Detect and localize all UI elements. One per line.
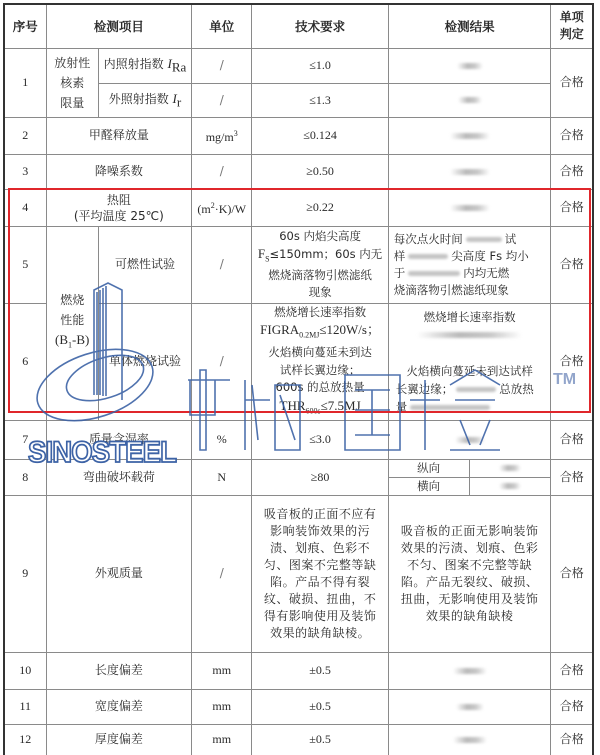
- item-label: 降噪系数: [46, 154, 192, 189]
- result-cell-redacted: [388, 724, 551, 755]
- direction-label: 纵向: [388, 459, 469, 477]
- sub-item-label: 外照射指数 Ir: [98, 83, 191, 117]
- unit-cell: /: [192, 83, 252, 117]
- unit-cell: /: [192, 495, 252, 652]
- row-no: 2: [4, 117, 46, 154]
- unit-cell: (m2·K)/W: [192, 189, 252, 226]
- row-no: 7: [4, 420, 46, 459]
- requirement-cell: ±0.5: [252, 689, 388, 724]
- table-row: 1 放射性核素限量 内照射指数 IRa / ≤1.0 合格: [4, 48, 593, 83]
- verdict-cell: 合格: [551, 495, 593, 652]
- verdict-cell: 合格: [551, 689, 593, 724]
- table-row: 2 甲醛释放量 mg/m3 ≤0.124 合格: [4, 117, 593, 154]
- unit-cell: /: [192, 154, 252, 189]
- verdict-cell: 合格: [551, 303, 593, 420]
- row-no: 12: [4, 724, 46, 755]
- verdict-cell: 合格: [551, 189, 593, 226]
- result-cell-redacted: [388, 83, 551, 117]
- table-row: 9 外观质量 / 吸音板的正面不应有 影响装饰效果的污 渍、划痕、色彩不 匀、图…: [4, 495, 593, 652]
- row-no: 9: [4, 495, 46, 652]
- row-no: 3: [4, 154, 46, 189]
- header-no: 序号: [4, 4, 46, 48]
- requirement-cell: ±0.5: [252, 724, 388, 755]
- table-row: 3 降噪系数 / ≥0.50 合格: [4, 154, 593, 189]
- result-cell-redacted: [388, 689, 551, 724]
- verdict-cell: 合格: [551, 652, 593, 689]
- requirement-cell: ≤3.0: [252, 420, 388, 459]
- requirement-cell: ≥0.22: [252, 189, 388, 226]
- result-cell-redacted: [388, 154, 551, 189]
- verdict-cell: 合格: [551, 459, 593, 495]
- group-label: 燃烧性能 (B1-B): [46, 226, 98, 420]
- result-cell: 吸音板的正面无影响装饰 效果的污渍、划痕、色彩 不匀、图案不完整等缺 陷。产品无…: [388, 495, 551, 652]
- requirement-cell: 吸音板的正面不应有 影响装饰效果的污 渍、划痕、色彩不 匀、图案不完整等缺 陷。…: [252, 495, 388, 652]
- row-no: 10: [4, 652, 46, 689]
- unit-cell: /: [192, 48, 252, 83]
- row-no: 4: [4, 189, 46, 226]
- row-no: 5: [4, 226, 46, 303]
- requirement-cell: ≤1.3: [252, 83, 388, 117]
- unit-cell: mm: [192, 689, 252, 724]
- header-requirement: 技术要求: [252, 4, 388, 48]
- result-cell-redacted: [388, 117, 551, 154]
- row-no: 11: [4, 689, 46, 724]
- verdict-cell: 合格: [551, 48, 593, 117]
- unit-cell: mm: [192, 724, 252, 755]
- row-no: 8: [4, 459, 46, 495]
- table-row: 11 宽度偏差 mm ±0.5 合格: [4, 689, 593, 724]
- result-cell-redacted: [388, 652, 551, 689]
- verdict-cell: 合格: [551, 420, 593, 459]
- unit-cell: mm: [192, 652, 252, 689]
- result-cell: 燃烧增长速率指数 火焰横向蔓延未到达试样 长翼边缘；总放热 量: [388, 303, 551, 420]
- item-label: 长度偏差: [46, 652, 192, 689]
- header-verdict: 单项判定: [551, 4, 593, 48]
- item-label: 可燃性试验: [98, 226, 191, 303]
- item-label: 外观质量: [46, 495, 192, 652]
- requirement-cell: ≥0.50: [252, 154, 388, 189]
- group-label: 放射性核素限量: [46, 48, 98, 117]
- requirement-cell: ±0.5: [252, 652, 388, 689]
- unit-cell: /: [192, 303, 252, 420]
- result-cell-redacted: [388, 48, 551, 83]
- requirement-cell: ≤0.124: [252, 117, 388, 154]
- item-label: 单体燃烧试验: [98, 303, 191, 420]
- unit-cell: %: [192, 420, 252, 459]
- table-row: 12 厚度偏差 mm ±0.5 合格: [4, 724, 593, 755]
- sub-item-label: 内照射指数 IRa: [98, 48, 191, 83]
- requirement-cell: 燃烧增长速率指数 FIGRA0.2MJ≤120W/s； 火焰横向蔓延未到达 试样…: [252, 303, 388, 420]
- table-row: 8 弯曲破坏载荷 N ≥80 纵向 合格: [4, 459, 593, 477]
- unit-cell: /: [192, 226, 252, 303]
- item-label: 宽度偏差: [46, 689, 192, 724]
- item-label: 热阻(平均温度 25℃): [46, 189, 192, 226]
- item-label: 质量含湿率: [46, 420, 192, 459]
- unit-cell: N: [192, 459, 252, 495]
- result-cell: 每次点火时间试 样尖高度 Fs 均小 于内均无燃 烧滴落物引燃滤纸现象: [388, 226, 551, 303]
- result-cell-redacted: [388, 420, 551, 459]
- header-item: 检测项目: [46, 4, 192, 48]
- result-cell-redacted: [469, 459, 551, 477]
- test-results-table: 序号 检测项目 单位 技术要求 检测结果 单项判定 1 放射性核素限量 内照射指…: [3, 3, 594, 755]
- verdict-cell: 合格: [551, 117, 593, 154]
- table-row: 10 长度偏差 mm ±0.5 合格: [4, 652, 593, 689]
- requirement-cell: ≤1.0: [252, 48, 388, 83]
- row-no: 1: [4, 48, 46, 117]
- result-cell-redacted: [388, 189, 551, 226]
- row-no: 6: [4, 303, 46, 420]
- direction-label: 横向: [388, 477, 469, 495]
- unit-cell: mg/m3: [192, 117, 252, 154]
- item-label: 弯曲破坏载荷: [46, 459, 192, 495]
- table-row: 7 质量含湿率 % ≤3.0 合格: [4, 420, 593, 459]
- test-report-page: 序号 检测项目 单位 技术要求 检测结果 单项判定 1 放射性核素限量 内照射指…: [0, 0, 600, 755]
- requirement-cell: ≥80: [252, 459, 388, 495]
- requirement-cell: 60s 内焰尖高度 FS≤150mm；60s 内无 燃烧滴落物引燃滤纸 现象: [252, 226, 388, 303]
- header-result: 检测结果: [388, 4, 551, 48]
- item-label: 厚度偏差: [46, 724, 192, 755]
- header-unit: 单位: [192, 4, 252, 48]
- verdict-cell: 合格: [551, 226, 593, 303]
- table-row: 5 燃烧性能 (B1-B) 可燃性试验 / 60s 内焰尖高度 FS≤150mm…: [4, 226, 593, 303]
- verdict-cell: 合格: [551, 724, 593, 755]
- verdict-cell: 合格: [551, 154, 593, 189]
- result-cell-redacted: [469, 477, 551, 495]
- item-label: 甲醛释放量: [46, 117, 192, 154]
- table-header-row: 序号 检测项目 单位 技术要求 检测结果 单项判定: [4, 4, 593, 48]
- table-row: 4 热阻(平均温度 25℃) (m2·K)/W ≥0.22 合格: [4, 189, 593, 226]
